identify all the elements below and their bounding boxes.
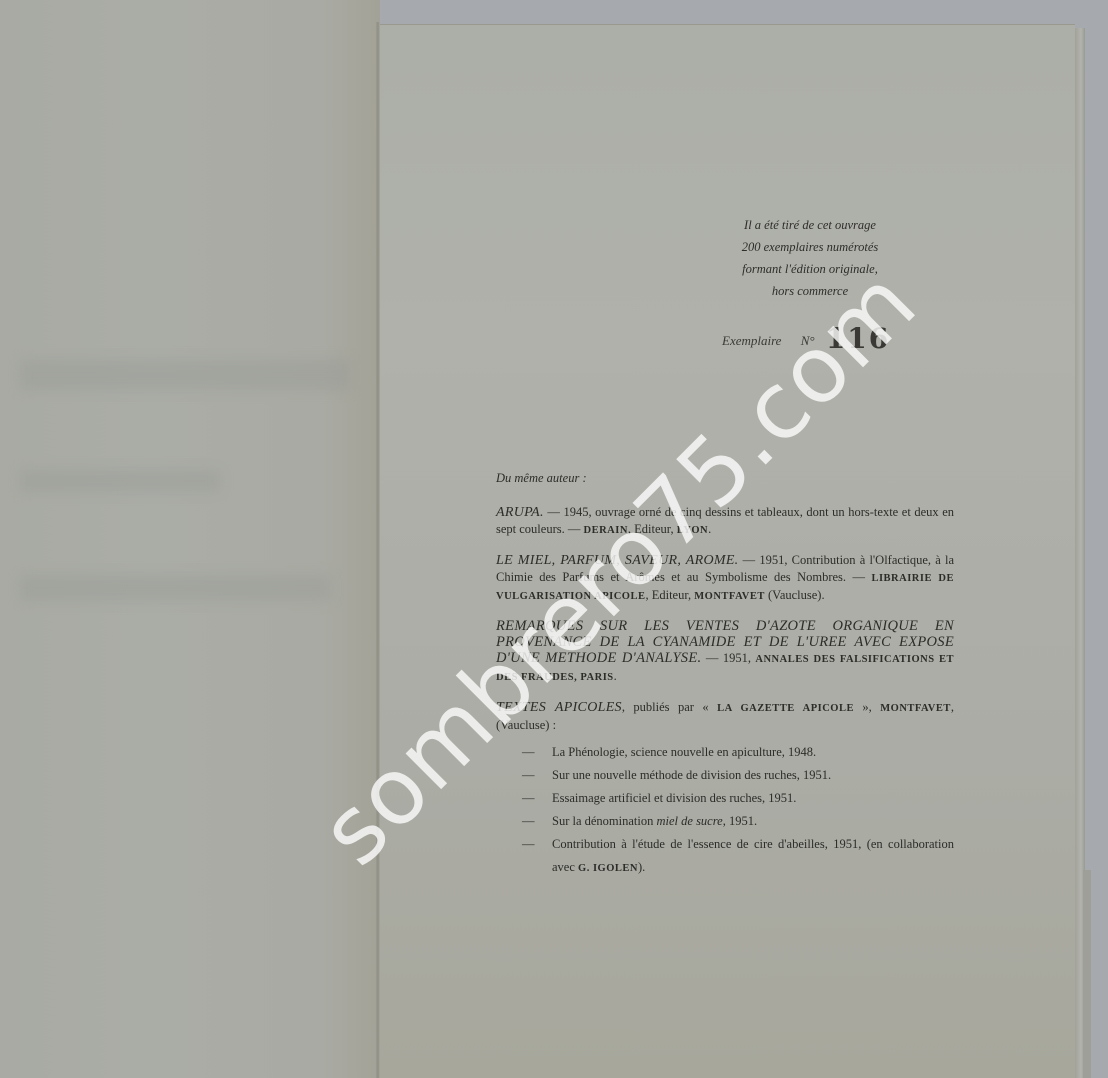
texts-list: — La Phénologie, science nouvelle en api… (496, 741, 954, 880)
entry-end: (Vaucluse). (765, 588, 825, 602)
bibliography-entry: ARUPA. — 1945, ouvrage orné de cinq dess… (496, 504, 954, 539)
number-sign: N° (801, 333, 815, 348)
entry-end: . (708, 522, 711, 536)
list-item: — Essaimage artificiel et division des r… (496, 787, 954, 810)
list-item: — La Phénologie, science nouvelle en api… (496, 741, 954, 764)
list-item-italic: miel de sucre (657, 814, 723, 828)
entry-text: , Editeur, (645, 588, 694, 602)
dash-bullet: — (522, 787, 535, 810)
colophon-line: formant l'édition originale, (700, 258, 920, 280)
dash-bullet: — (522, 810, 535, 833)
bibliography-entry: TEXTES APICOLES, publiés par « La Gazett… (496, 699, 954, 880)
list-item-text: Essaimage artificiel et division des ruc… (552, 791, 796, 805)
left-page (0, 0, 380, 1078)
list-item-text: Sur une nouvelle méthode de division des… (552, 768, 831, 782)
dash-bullet: — (522, 833, 535, 856)
colophon-line: hors commerce (700, 280, 920, 302)
list-item-text: ). (638, 860, 645, 874)
list-item: — Sur la dénomination miel de sucre, 195… (496, 810, 954, 833)
entry-publisher: La Gazette Apicole (717, 703, 854, 714)
list-item-text: Sur la dénomination (552, 814, 657, 828)
entry-title: TEXTES APICOLES (496, 700, 622, 715)
entry-title: ARUPA. (496, 505, 544, 520)
show-through-text (20, 470, 220, 492)
entry-title: LE MIEL, PARFUM, SAVEUR, AROME. (496, 553, 739, 568)
bibliography-heading: Du même auteur : (496, 470, 954, 486)
entry-text: », (854, 700, 880, 714)
entry-end: . (614, 669, 617, 683)
limited-edition-notice: Il a été tiré de cet ouvrage 200 exempla… (700, 214, 920, 302)
entry-place: Lyon (677, 525, 708, 536)
dash-bullet: — (522, 741, 535, 764)
page-edge-lower (1083, 870, 1091, 1078)
list-item: — Sur une nouvelle méthode de division d… (496, 764, 954, 787)
copy-number: Exemplaire N° 116 (722, 322, 922, 355)
bibliography-entry: LE MIEL, PARFUM, SAVEUR, AROME. — 1951, … (496, 552, 954, 605)
entry-text: , Editeur, (628, 522, 677, 536)
list-item-author: G. Igolen (578, 863, 638, 874)
show-through-text (20, 575, 330, 601)
entry-text: — 1951, (701, 651, 755, 665)
colophon-line: 200 exemplaires numérotés (700, 236, 920, 258)
dash-bullet: — (522, 764, 535, 787)
entry-text: — 1945, ouvrage orné de cinq dessins et … (496, 505, 954, 536)
list-item-text: , 1951. (723, 814, 757, 828)
colophon-line: Il a été tiré de cet ouvrage (700, 214, 920, 236)
show-through-text (20, 360, 350, 390)
bibliography-entry: REMARQUES SUR LES VENTES D'AZOTE ORGANIQ… (496, 618, 954, 686)
entry-publisher: Derain (583, 525, 627, 536)
list-item-text: La Phénologie, science nouvelle en apicu… (552, 745, 816, 759)
copy-number-value: 116 (826, 322, 890, 355)
entry-place: Montfavet (694, 591, 765, 602)
bibliography: Du même auteur : ARUPA. — 1945, ouvrage … (496, 470, 954, 893)
entry-text: , publiés par « (622, 700, 717, 714)
list-item: — Contribution à l'étude de l'essence de… (496, 833, 954, 880)
exemplaire-label: Exemplaire (722, 333, 781, 348)
entry-place: Montfavet (880, 703, 951, 714)
